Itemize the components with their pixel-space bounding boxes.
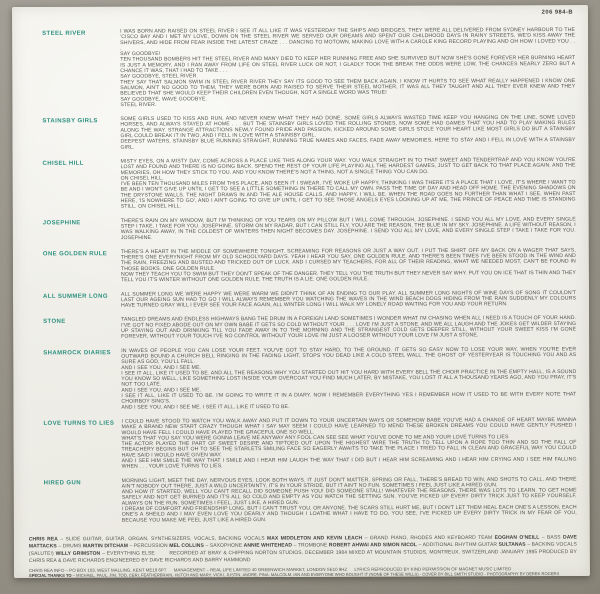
song-section: STAINSBY GIRLSSOME GIRLS USED TO KISS AN… xyxy=(42,115,575,151)
song-lyrics: SOME GIRLS USED TO KISS AND RUN, AND NEV… xyxy=(120,115,575,150)
song-title: STAINSBY GIRLS xyxy=(42,116,120,150)
song-section: LOVE TURNS TO LIESI COULD HAVE STOOD TO … xyxy=(43,417,576,470)
lyric-paragraph: DEEPEST WATERS, STAINSBY BLUE RUNNING ST… xyxy=(120,137,575,150)
song-section: HIRED GUNMORNING LIGHT, MEET THE DAY, NE… xyxy=(44,476,577,523)
song-title: STEEL RIVER xyxy=(42,29,120,108)
lyric-sheet: 206 984-B STEEL RIVERI WAS BORN AND RAIS… xyxy=(12,5,590,578)
song-lyrics: IN WAVES OF PEOPLE YOU CAN LOSE YOUR FEE… xyxy=(121,346,576,410)
lyric-paragraph: THEY SAY THAT SALMON SWIM IN STEEL RIVER… xyxy=(120,78,575,97)
credit-name: WILLY GRIMSTON xyxy=(56,551,101,557)
song-lyrics: I WAS BORN AND RAISED ON STEEL RIVER I S… xyxy=(120,27,575,108)
credit-role: – EVERYTHING ELSE RECORDED AT BRAY & CHI… xyxy=(29,549,577,564)
lyric-paragraph: THERE'S RAIN ON MY WINDOW, BUT I'M THINK… xyxy=(121,216,576,240)
credits-musicians-line: CHRIS REA – SLIDE GUITAR, GUITAR, ORGAN,… xyxy=(29,534,577,565)
credit-name: MARTIN DITCHAM xyxy=(83,543,128,549)
song-section: JOSEPHINETHERE'S RAIN ON MY WINDOW, BUT … xyxy=(43,216,576,240)
song-section: STONETANGLED DREAMS AND ENDLESS HIGHWAYS… xyxy=(43,315,576,339)
credit-role: – ADDITIONAL RHYTHM GUITAR xyxy=(417,542,499,548)
song-title: CHISEL HILL xyxy=(43,159,121,210)
song-lyrics: THERE'S RAIN ON MY WINDOW, BUT I'M THINK… xyxy=(121,216,576,240)
lyric-paragraph: MISTY EYES, ON A MISTY DAY, COME ACROSS … xyxy=(121,157,576,176)
credit-role: – BASS xyxy=(539,535,563,541)
credit-role: – MICHAEL, PAUL, JIM, TOD, CERI, FEATHER… xyxy=(72,572,560,578)
song-section: STEEL RIVERI WAS BORN AND RAISED ON STEE… xyxy=(42,27,575,108)
lyric-paragraph: I COULD HAVE STOOD TO WATCH YOU WALK AWA… xyxy=(121,417,576,436)
lyric-paragraph: I WAS BORN AND RAISED ON STEEL RIVER I S… xyxy=(120,27,575,51)
credits-block: CHRIS REA – SLIDE GUITAR, GUITAR, ORGAN,… xyxy=(14,530,590,578)
credit-role: – SAXOPHONE xyxy=(204,543,244,549)
sheet-content: 206 984-B STEEL RIVERI WAS BORN AND RAIS… xyxy=(12,5,590,578)
credit-role: – DRUMS xyxy=(57,543,83,549)
lyric-paragraph: I'VE BEEN TEN THOUSAND MILES FROM THIS P… xyxy=(121,180,576,210)
credit-name: MAX MIDDLETON AND KEVIN LEACH xyxy=(267,535,362,541)
song-lyrics: TANGLED DREAMS AND ENDLESS HIGHWAYS BANG… xyxy=(121,315,576,339)
credit-name: SULTANAS xyxy=(499,542,526,548)
credit-name: SPECIAL THANKS TO xyxy=(29,573,72,578)
lyric-paragraph: AND I SEE HIM SMILE THE WAY THAT I SMILE… xyxy=(122,457,577,470)
credit-role: – SLIDE GUITAR, GUITAR, ORGAN, SYNTHESIZ… xyxy=(58,536,267,542)
song-lyrics: MISTY EYES, ON A MISTY DAY, COME ACROSS … xyxy=(121,157,576,209)
song-lyrics: THERE'S A HEART IN THE MIDDLE OF SOMEWHE… xyxy=(121,247,576,282)
lyric-paragraph: TEN THOUSAND BOMBERS HIT THE STEEL RIVER… xyxy=(120,55,575,74)
credit-role: – PERCUSSION xyxy=(128,543,169,549)
photo-background: 206 984-B STEEL RIVERI WAS BORN AND RAIS… xyxy=(0,0,600,594)
song-title: HIRED GUN xyxy=(44,478,122,523)
credits-thanks-line: SPECIAL THANKS TO – MICHAEL, PAUL, JIM, … xyxy=(29,572,577,578)
credit-name: EOGHAN O'NEILL xyxy=(495,535,540,541)
lyric-paragraph: IN WAVES OF PEOPLE YOU CAN LOSE YOUR FEE… xyxy=(121,346,576,365)
lyric-paragraph: I DREAM OF COMFORT AND FRIENDSHIP LONG, … xyxy=(122,505,577,524)
song-list: STEEL RIVERI WAS BORN AND RAISED ON STEE… xyxy=(12,5,590,523)
song-title: ONE GOLDEN RULE xyxy=(43,249,121,283)
credit-role: – TROMBONE xyxy=(292,543,329,549)
credit-name: ANNIE WHITEHEAD xyxy=(244,543,292,549)
lyric-paragraph: TANGLED DREAMS AND ENDLESS HIGHWAYS BANG… xyxy=(121,315,576,339)
song-title: JOSEPHINE xyxy=(43,218,121,241)
song-section: SHAMROCK DIARIESIN WAVES OF PEOPLE YOU C… xyxy=(43,346,576,410)
song-lyrics: MORNING LIGHT, MEET THE DAY, NERVOUS EYE… xyxy=(122,476,577,523)
lyric-paragraph: THE ACTOR PLAYED THE PART OF SWEET DESIR… xyxy=(122,440,577,459)
lyric-paragraph: I SEE IT ALL, LIKE IT USED TO BE. AND AL… xyxy=(121,369,576,388)
song-title: SHAMROCK DIARIES xyxy=(43,348,121,410)
catalog-number: 206 984-B xyxy=(542,9,573,15)
credit-name: ROBERT AHWAI AND SIMON NICOL xyxy=(329,542,417,548)
credit-name: MEL COLLINS xyxy=(169,543,204,549)
lyric-paragraph: NOW THEY TEACH YOU TO SWIM BUT THEY DON'… xyxy=(121,270,576,283)
credit-name: CHRIS REA xyxy=(29,536,58,542)
song-lyrics: ALL SUMMER LONG WE WERE HAPPY WE WERE WA… xyxy=(121,290,576,309)
song-title: STONE xyxy=(43,317,121,340)
song-lyrics: I COULD HAVE STOOD TO WATCH YOU WALK AWA… xyxy=(121,417,576,469)
lyric-paragraph: AND I SEE YOU, AND I SEE ME. I SEE IT AL… xyxy=(121,403,576,410)
credit-role: – GRAND PIANO, RHODES AND KEYBOARD TEAM xyxy=(362,535,494,541)
lyric-paragraph: ALL SUMMER LONG WE WERE HAPPY WE WERE WA… xyxy=(121,290,576,309)
lyric-paragraph: SOME GIRLS USED TO KISS AND RUN, AND NEV… xyxy=(120,115,575,139)
lyric-paragraph: THERE'S A HEART IN THE MIDDLE OF SOMEWHE… xyxy=(121,247,576,271)
song-section: ONE GOLDEN RULETHERE'S A HEART IN THE MI… xyxy=(43,247,576,283)
lyric-paragraph: AND HOW IT STARTED, WELL YOU CAN'T RECAL… xyxy=(122,488,577,507)
song-section: ALL SUMMER LONGALL SUMMER LONG WE WERE H… xyxy=(43,290,576,309)
song-section: CHISEL HILLMISTY EYES, ON A MISTY DAY, C… xyxy=(43,157,576,210)
song-title: LOVE TURNS TO LIES xyxy=(43,419,121,470)
song-title: ALL SUMMER LONG xyxy=(43,291,121,308)
